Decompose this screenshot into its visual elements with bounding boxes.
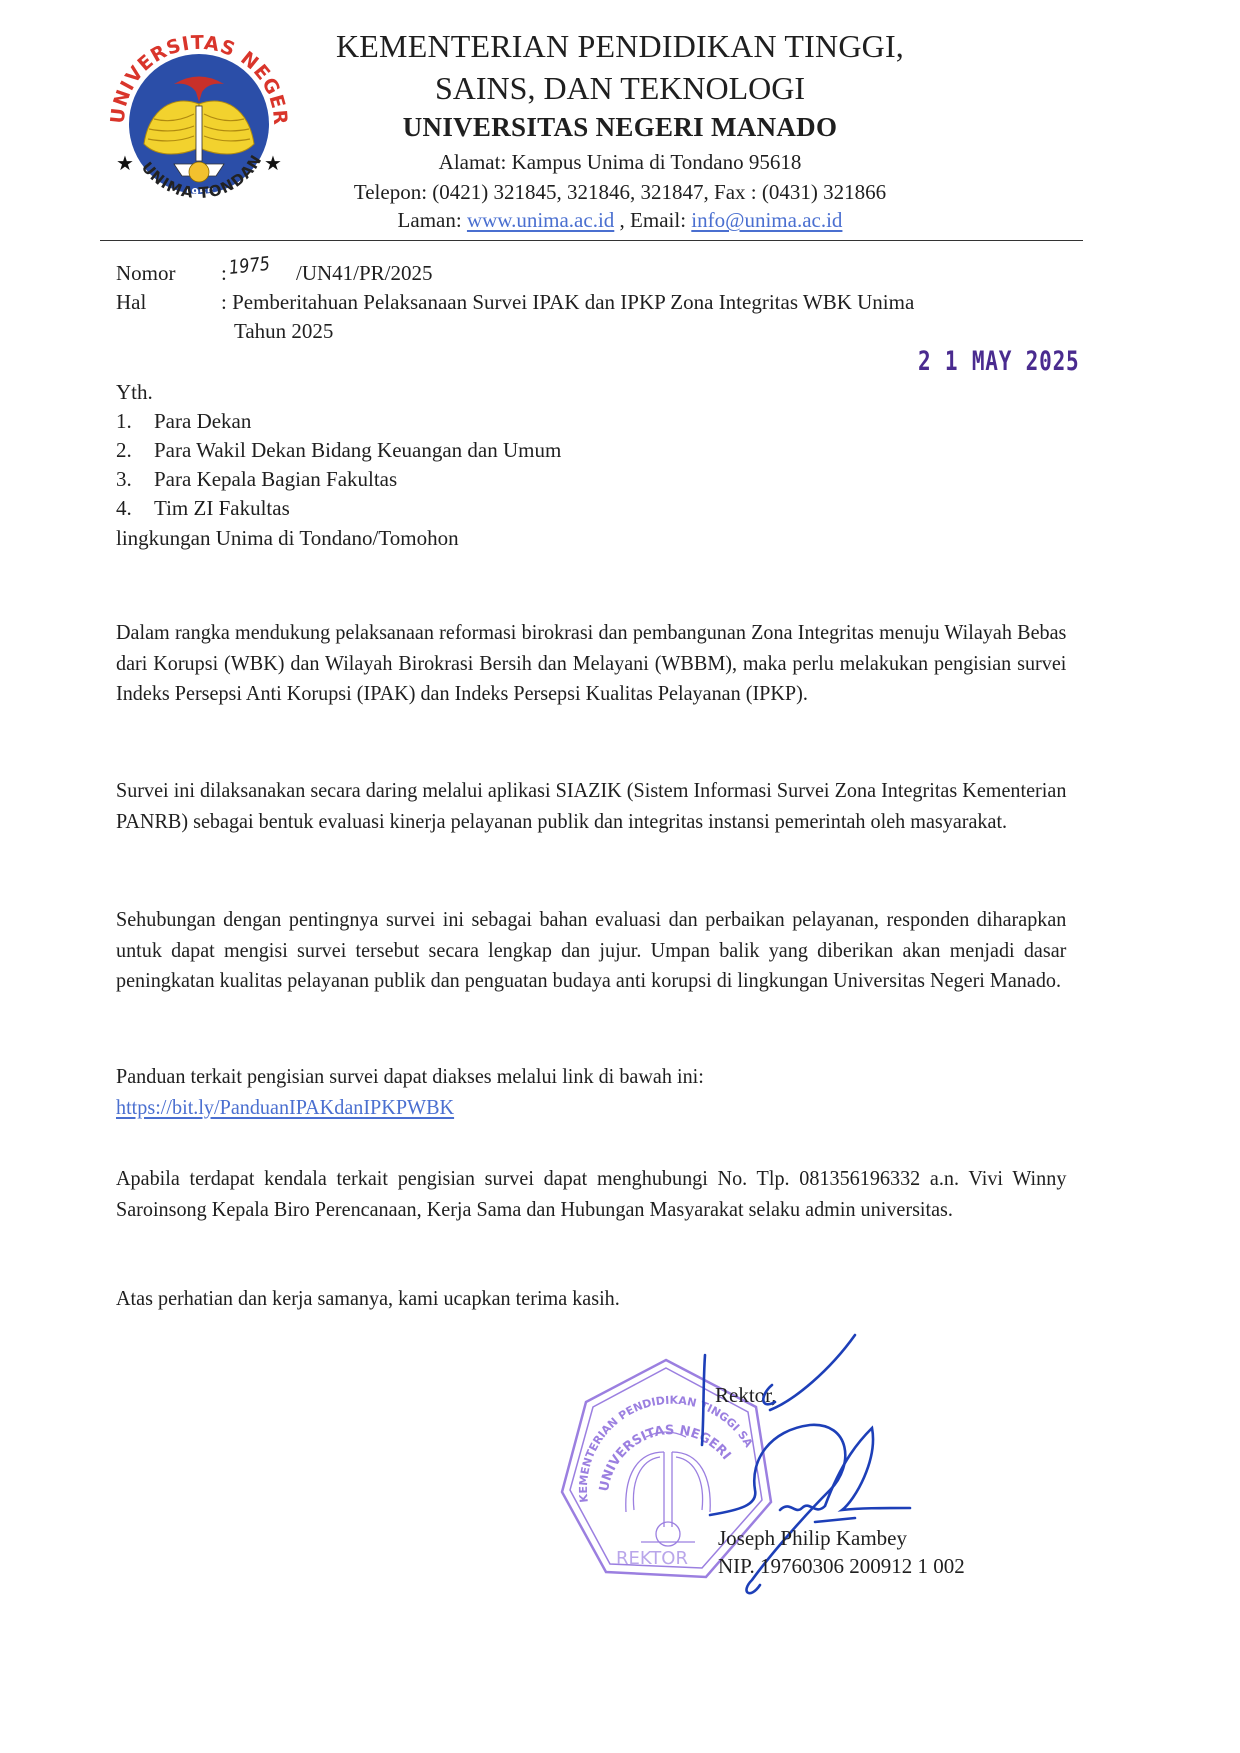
body-paragraph-guide: Panduan terkait pengisian survei dapat d… [116, 1061, 1066, 1122]
ministry-name-line2: SAINS, DAN TEKNOLOGI [300, 70, 940, 107]
guide-text: Panduan terkait pengisian survei dapat d… [116, 1061, 1066, 1092]
website-label: Laman: [398, 208, 467, 232]
hal-label: Hal [116, 290, 146, 315]
addressee-location: lingkungan Unima di Tondano/Tomohon [116, 526, 459, 551]
closing-paragraph: Atas perhatian dan kerja samanya, kami u… [116, 1283, 1066, 1314]
body-paragraph-contact: Apabila terdapat kendala terkait pengisi… [116, 1163, 1066, 1224]
nomor-colon: : [221, 261, 227, 286]
university-address: Alamat: Kampus Unima di Tondano 95618 [300, 150, 940, 175]
svg-text:★: ★ [264, 153, 282, 175]
signatory-nip: NIP. 19760306 200912 1 002 [718, 1554, 965, 1579]
university-phone: Telepon: (0421) 321845, 321846, 321847, … [300, 180, 940, 205]
email-link[interactable]: info@unima.ac.id [691, 208, 842, 232]
addressee-item: 1.Para Dekan [116, 409, 251, 434]
addressee-item: 4.Tim ZI Fakultas [116, 496, 290, 521]
guide-link[interactable]: https://bit.ly/PanduanIPAKdanIPKPWBK [116, 1095, 454, 1119]
addressee-item: 3.Para Kepala Bagian Fakultas [116, 467, 397, 492]
nomor-suffix: /UN41/PR/2025 [296, 261, 433, 286]
university-logo: UNIVERSITAS NEGERI MANADO 1955 ★ ★ UNIMA… [104, 24, 294, 224]
ministry-name-line1: KEMENTERIAN PENDIDIKAN TINGGI, [300, 28, 940, 65]
email-label: , Email: [614, 208, 691, 232]
subject-line2: Tahun 2025 [234, 319, 333, 344]
body-paragraph-2: Survei ini dilaksanakan secara daring me… [116, 775, 1066, 836]
website-link[interactable]: www.unima.ac.id [467, 208, 614, 232]
subject-line1: : Pemberitahuan Pelaksanaan Survei IPAK … [221, 290, 914, 315]
letterhead-divider [100, 240, 1083, 241]
university-contact: Laman: www.unima.ac.id , Email: info@uni… [300, 208, 940, 233]
body-paragraph-1: Dalam rangka mendukung pelaksanaan refor… [116, 617, 1066, 709]
university-name: UNIVERSITAS NEGERI MANADO [300, 112, 940, 143]
date-stamp: 2 1 MAY 2025 [918, 346, 1080, 377]
nomor-handwritten: 1975 [228, 253, 271, 279]
nomor-label: Nomor [116, 261, 176, 286]
addressee-item: 2.Para Wakil Dekan Bidang Keuangan dan U… [116, 438, 561, 463]
svg-text:★: ★ [116, 153, 134, 175]
body-paragraph-3: Sehubungan dengan pentingnya survei ini … [116, 904, 1066, 996]
salutation: Yth. [116, 380, 153, 405]
signatory-name: Joseph Philip Kambey [718, 1526, 907, 1551]
